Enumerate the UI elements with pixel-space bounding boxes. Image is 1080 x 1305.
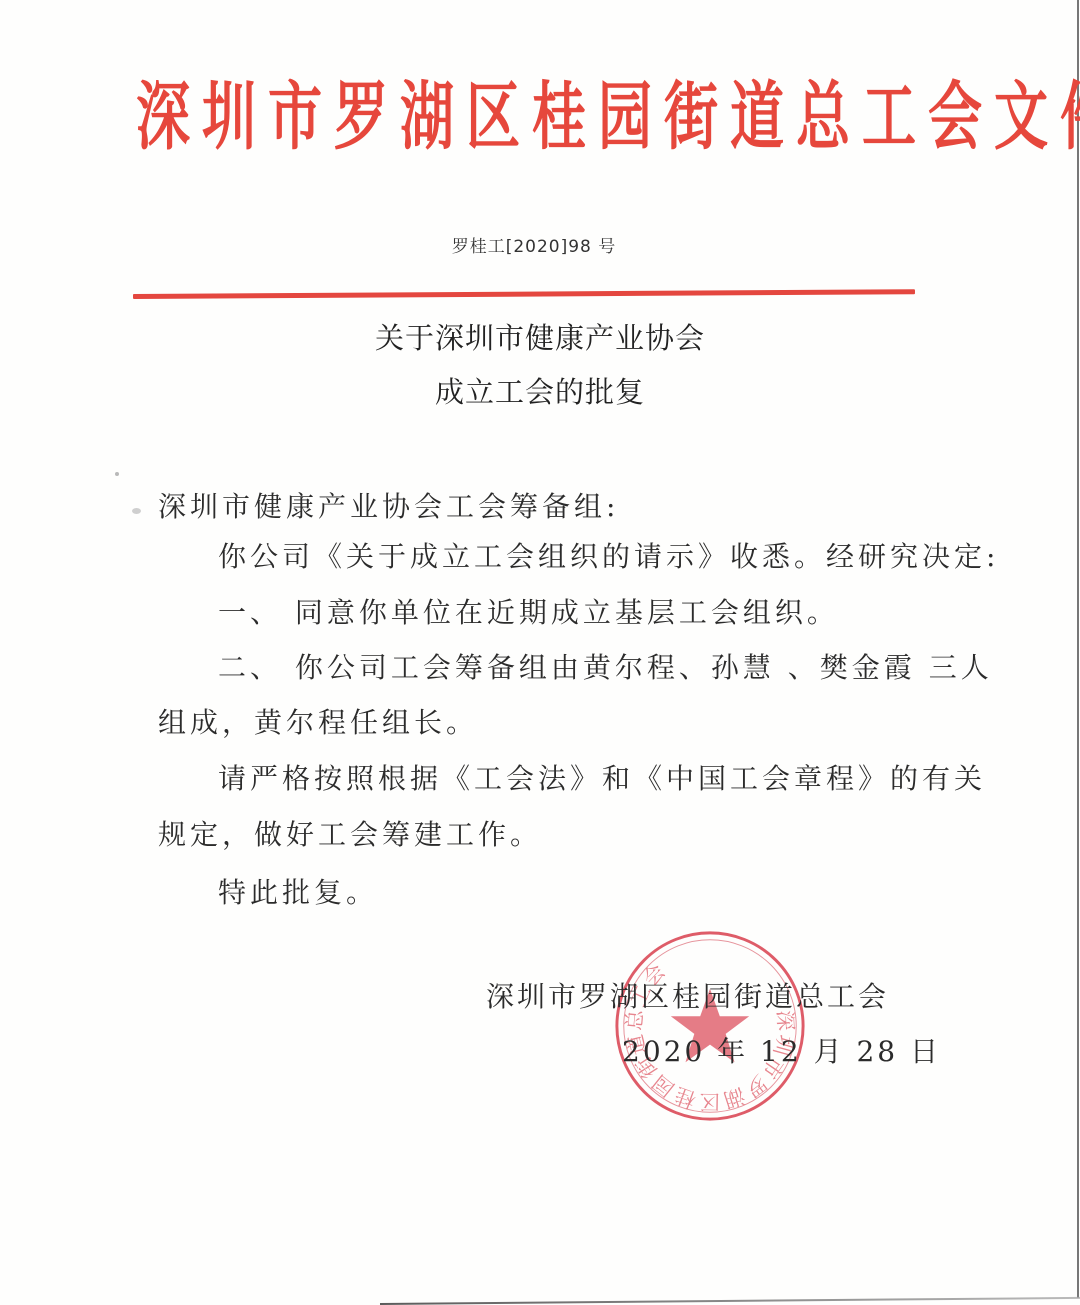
signature-organization: 深圳市罗湖区桂园街道总工会: [486, 979, 889, 1015]
body-paragraph-instruction-continued: 规定，做好工会筹建工作。: [158, 817, 542, 853]
document-number: 罗桂工[2020]98 号: [0, 232, 1080, 257]
document-number-text: 罗桂工[2020]98 号: [452, 237, 617, 257]
header-char: 深: [136, 69, 190, 163]
header-char: 桂: [532, 69, 586, 163]
header-char: 圳: [202, 69, 256, 163]
header-char: 区: [466, 69, 520, 163]
header-char: 总: [796, 69, 850, 163]
header-char: 园: [598, 69, 652, 163]
scan-artifact: [115, 472, 119, 476]
signature-date: 2020 年 12 月 28 日: [622, 1034, 941, 1070]
subject-title-line-2: 成立工会的批复: [0, 370, 1080, 411]
header-char: 道: [730, 69, 784, 163]
header-char: 街: [664, 69, 718, 163]
paper-edge-bottom: [380, 1297, 1080, 1305]
scan-artifact: [132, 508, 141, 514]
header-char: 会: [928, 69, 982, 163]
header-char: 市: [268, 69, 322, 163]
document-page: 深 圳 市 罗 湖 区 桂 园 街 道 总 工 会 文 件 罗桂工[2020]9…: [0, 0, 1080, 1305]
body-paragraph-instruction: 请严格按照根据《工会法》和《中国工会章程》的有关: [218, 761, 986, 797]
paper-edge-right: [1077, 0, 1079, 1298]
body-item-one: 一、 同意你单位在近期成立基层工会组织。: [218, 595, 839, 631]
body-item-two-continued: 组成，黄尔程任组长。: [158, 705, 478, 741]
header-char: 文: [994, 69, 1048, 163]
header-char: 件: [1060, 69, 1080, 163]
official-seal: 深圳市罗湖区桂园街道总工会: [612, 928, 808, 1124]
header-char: 罗: [334, 69, 388, 163]
body-paragraph-receipt: 你公司《关于成立工会组织的请示》收悉。经研究决定:: [218, 539, 999, 575]
header-char: 工: [862, 69, 916, 163]
subject-title-line-1: 关于深圳市健康产业协会: [0, 316, 1080, 357]
addressee: 深圳市健康产业协会工会筹备组:: [158, 489, 619, 525]
body-closing: 特此批复。: [218, 875, 378, 911]
header-char: 湖: [400, 69, 454, 163]
document-header-title: 深 圳 市 罗 湖 区 桂 园 街 道 总 工 会 文 件: [130, 74, 915, 158]
body-item-two: 二、 你公司工会筹备组由黄尔程、孙慧 、樊金霞 三人: [218, 650, 993, 686]
red-divider-rule: [133, 289, 915, 299]
